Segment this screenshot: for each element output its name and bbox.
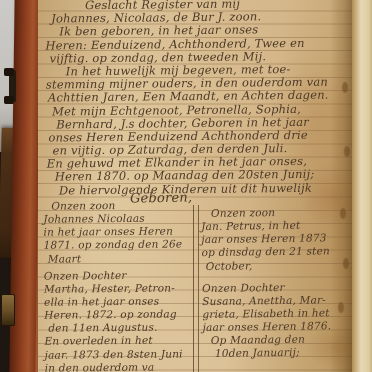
text-line: jaar. 1873 den 8sten Juni bbox=[45, 348, 197, 362]
book-clasp-top bbox=[9, 70, 16, 102]
left-column: Onzen zoon Johannes Nicolaas in het jaar… bbox=[43, 199, 197, 372]
photo-scene: Geslacht Register van mij Johannes, Nico… bbox=[0, 0, 372, 372]
underlying-page-edge bbox=[352, 0, 372, 372]
text-line: in het jaar onses Heren bbox=[43, 226, 195, 240]
text-line: 1871. op zondag den 26e bbox=[44, 239, 196, 253]
text-line: Heren. 1872. op zondag bbox=[44, 308, 196, 322]
text-line: En overleden in het bbox=[44, 335, 196, 349]
text-line: Martha, Hester, Petron- bbox=[44, 282, 196, 296]
text-line: in den ouderdom va bbox=[45, 361, 197, 372]
text-line: De hiervolgende Kinderen uit dit huwelij… bbox=[47, 181, 347, 197]
text-line: Onzen zoon bbox=[43, 199, 195, 213]
text-line: Onzen Dochter bbox=[44, 269, 196, 283]
intro-paragraph: Geslacht Register van mij Johannes, Nico… bbox=[45, 0, 347, 197]
text-line: Johannes Nicolaas bbox=[43, 212, 195, 226]
text-line: ella in het jaar onses bbox=[44, 295, 196, 309]
text-line: den 11en Augustus. bbox=[44, 322, 196, 336]
page-edge-fold bbox=[330, 0, 354, 372]
book-clasp-bottom bbox=[1, 294, 15, 326]
manuscript-page: Geslacht Register van mij Johannes, Nico… bbox=[38, 0, 356, 372]
text-line: Maart bbox=[44, 252, 196, 266]
